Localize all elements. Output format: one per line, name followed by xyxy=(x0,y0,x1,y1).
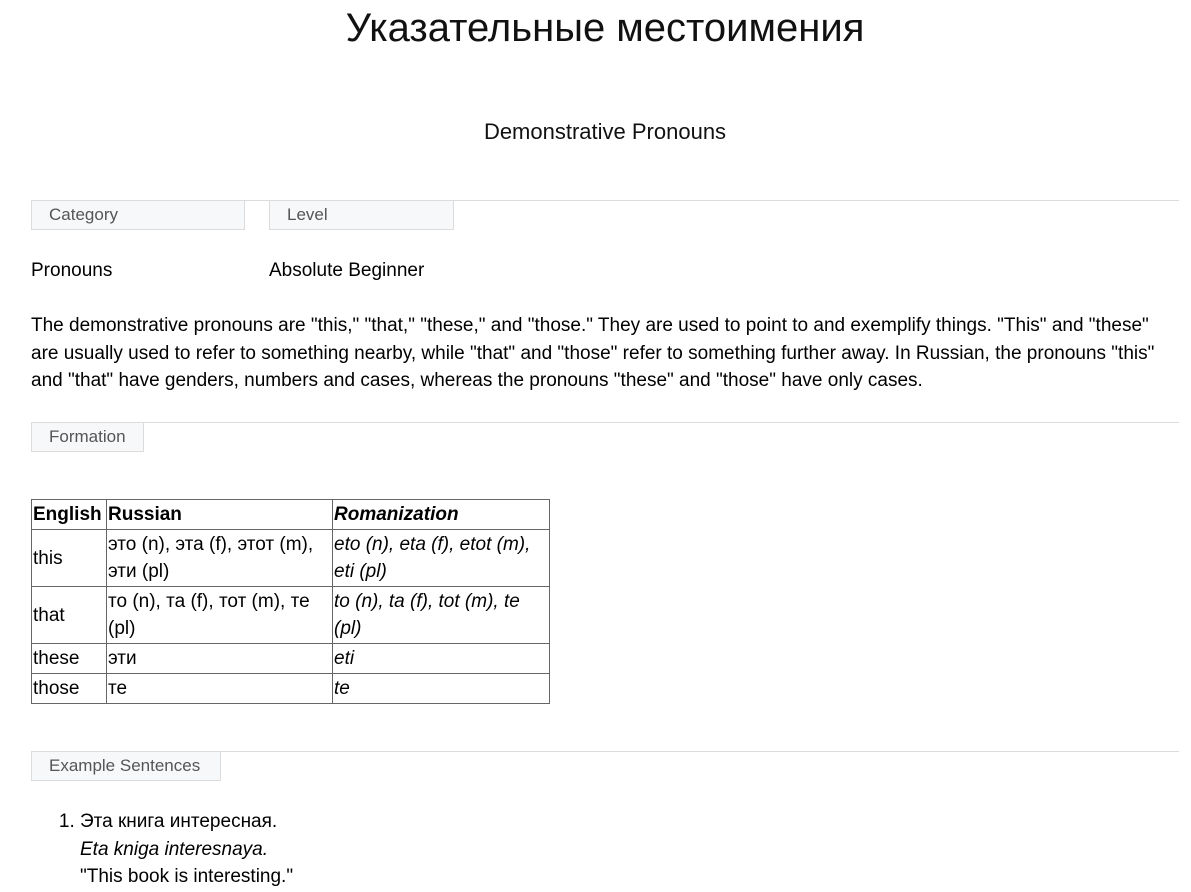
table-row: these эти eti xyxy=(32,644,550,674)
formation-label: Formation xyxy=(31,423,144,452)
cell-english: this xyxy=(32,530,107,587)
example-sentences-label: Example Sentences xyxy=(31,752,221,781)
cell-russian: эти xyxy=(107,644,333,674)
cell-romanization: eto (n), eta (f), etot (m), eti (pl) xyxy=(333,530,550,587)
page-title: Указательные местоимения xyxy=(0,4,1191,52)
description-text: The demonstrative pronouns are "this," "… xyxy=(31,312,1171,395)
cell-romanization: te xyxy=(333,674,550,704)
cell-russian: то (n), та (f), тот (m), те (pl) xyxy=(107,587,333,644)
table-row: those те te xyxy=(32,674,550,704)
cell-russian: это (n), эта (f), этот (m), эти (pl) xyxy=(107,530,333,587)
level-value: Absolute Beginner xyxy=(269,259,424,283)
header-romanization: Romanization xyxy=(333,500,550,530)
example-english: "This book is interesting." xyxy=(80,863,293,891)
cell-romanization: to (n), ta (f), tot (m), te (pl) xyxy=(333,587,550,644)
example-list: Эта книга интересная. Eta kniga interesn… xyxy=(40,808,293,891)
table-row: that то (n), та (f), тот (m), те (pl) to… xyxy=(32,587,550,644)
cell-english: those xyxy=(32,674,107,704)
example-romanization: Eta kniga interesnaya. xyxy=(80,836,293,864)
cell-romanization: eti xyxy=(333,644,550,674)
page-subtitle: Demonstrative Pronouns xyxy=(0,118,1191,146)
cell-russian: те xyxy=(107,674,333,704)
section-divider xyxy=(31,422,1179,423)
category-label: Category xyxy=(31,201,245,230)
header-russian: Russian xyxy=(107,500,333,530)
level-label: Level xyxy=(269,201,454,230)
header-english: English xyxy=(32,500,107,530)
cell-english: these xyxy=(32,644,107,674)
cell-english: that xyxy=(32,587,107,644)
table-row: this это (n), эта (f), этот (m), эти (pl… xyxy=(32,530,550,587)
list-item: Эта книга интересная. Eta kniga interesn… xyxy=(80,808,293,891)
example-russian: Эта книга интересная. xyxy=(80,808,293,836)
table-header-row: English Russian Romanization xyxy=(32,500,550,530)
category-value: Pronouns xyxy=(31,259,112,283)
formation-table: English Russian Romanization this это (n… xyxy=(31,499,550,704)
